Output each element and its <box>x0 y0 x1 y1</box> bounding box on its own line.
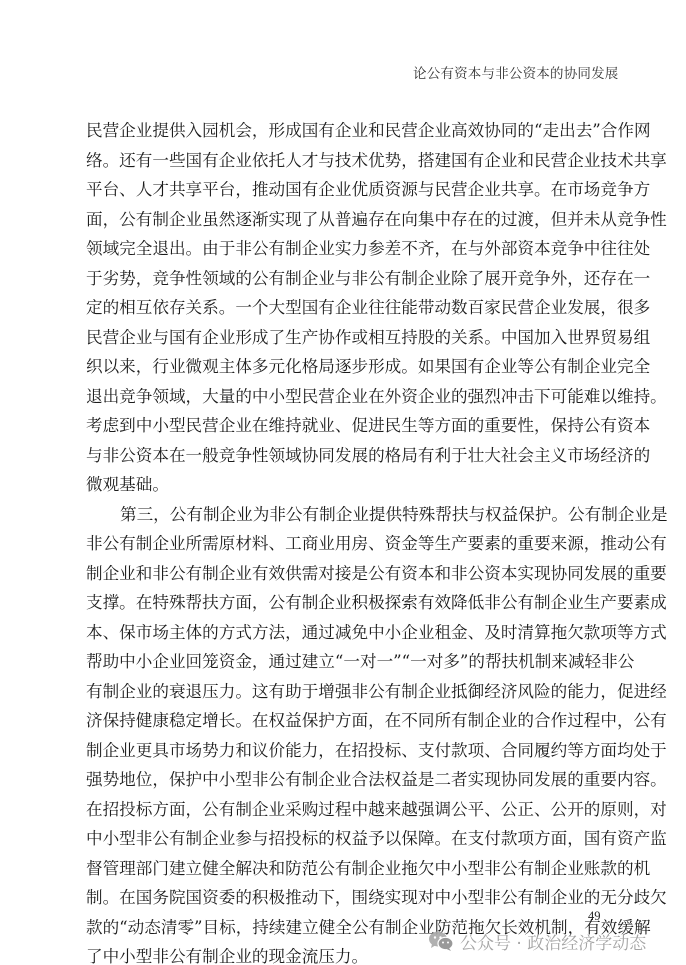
text-line: 济保持健康稳定增长。在权益保护方面，在不同所有制企业的合作过程中，公有 <box>86 706 606 736</box>
text-line: 制。在国务院国资委的积极推动下，围绕实现对中小型非公有制企业的无分歧欠 <box>86 883 606 913</box>
body-text: 民营企业提供入园机会，形成国有企业和民营企业高效协同的“走出去”合作网 络。还有… <box>86 116 606 965</box>
text-line: 领域完全退出。由于非公有制企业实力参差不齐，在与外部资本竞争中往往处 <box>86 234 606 264</box>
text-line: 定的相互依存关系。一个大型国有企业往往能带动数百家民营企业发展，很多 <box>86 293 606 323</box>
wechat-icon <box>428 930 454 952</box>
text-line: 中小型非公有制企业参与招投标的权益予以保障。在支付款项方面，国有资产监 <box>86 824 606 854</box>
text-line: 民营企业与国有企业形成了生产协作或相互持股的关系。中国加入世界贸易组 <box>86 323 606 353</box>
text-line: 支撑。在特殊帮扶方面，公有制企业积极探索有效降低非公有制企业生产要素成 <box>86 588 606 618</box>
paragraph-1: 民营企业提供入园机会，形成国有企业和民营企业高效协同的“走出去”合作网 络。还有… <box>86 116 606 500</box>
text-line: 第三，公有制企业为非公有制企业提供特殊帮扶与权益保护。公有制企业是 <box>86 500 606 530</box>
text-line: 本、保市场主体的方式方法，通过减免中小企业租金、及时清算拖欠款项等方式 <box>86 618 606 648</box>
text-line: 织以来，行业微观主体多元化格局逐步形成。如果国有企业等公有制企业完全 <box>86 352 606 382</box>
paragraph-2: 第三，公有制企业为非公有制企业提供特殊帮扶与权益保护。公有制企业是 非公有制企业… <box>86 500 606 965</box>
text-line: 微观基础。 <box>86 470 606 500</box>
running-header: 论公有资本与非公资本的协同发展 <box>413 62 613 82</box>
text-line: 非公有制企业所需原材料、工商业用房、资金等生产要素的重要来源，推动公有 <box>86 529 606 559</box>
text-line: 督管理部门建立健全解决和防范公有制企业拖欠中小型非公有制企业账款的机 <box>86 854 606 884</box>
text-line: 络。还有一些国有企业依托人才与技术优势，搭建国有企业和民营企业技术共享 <box>86 146 606 176</box>
watermark-text: 公众号 · 政治经济学动态 <box>460 929 646 954</box>
text-line: 与非公资本在一般竞争性领域协同发展的格局有利于壮大社会主义市场经济的 <box>86 441 606 471</box>
text-line: 帮助中小企业回笼资金，通过建立“一对一”“一对多”的帮扶机制来减轻非公 <box>86 647 606 677</box>
page-number: 49 <box>588 909 601 924</box>
text-line: 在招投标方面，公有制企业采购过程中越来越强调公平、公正、公开的原则，对 <box>86 795 606 825</box>
text-line: 考虑到中小型民营企业在维持就业、促进民生等方面的重要性，保持公有资本 <box>86 411 606 441</box>
text-line: 平台、人才共享平台，推动国有企业优质资源与民营企业共享。在市场竞争方 <box>86 175 606 205</box>
text-line: 有制企业的衰退压力。这有助于增强非公有制企业抵御经济风险的能力，促进经 <box>86 677 606 707</box>
text-line: 制企业和非公有制企业有效供需对接是公有资本和非公资本实现协同发展的重要 <box>86 559 606 589</box>
text-line: 面，公有制企业虽然逐渐实现了从普遍存在向集中存在的过渡，但并未从竞争性 <box>86 205 606 235</box>
text-line: 民营企业提供入园机会，形成国有企业和民营企业高效协同的“走出去”合作网 <box>86 116 606 146</box>
text-line: 强势地位，保护中小型非公有制企业合法权益是二者实现协同发展的重要内容。 <box>86 765 606 795</box>
watermark: 公众号 · 政治经济学动态 <box>428 927 646 955</box>
text-line: 制企业更具市场势力和议价能力，在招投标、支付款项、合同履约等方面均处于 <box>86 736 606 766</box>
text-line: 于劣势，竞争性领域的公有制企业与非公有制企业除了展开竞争外，还存在一 <box>86 264 606 294</box>
document-page: 论公有资本与非公资本的协同发展 民营企业提供入园机会，形成国有企业和民营企业高效… <box>0 0 686 965</box>
text-line: 退出竞争领域，大量的中小型民营企业在外资企业的强烈冲击下可能难以维持。 <box>86 382 606 412</box>
